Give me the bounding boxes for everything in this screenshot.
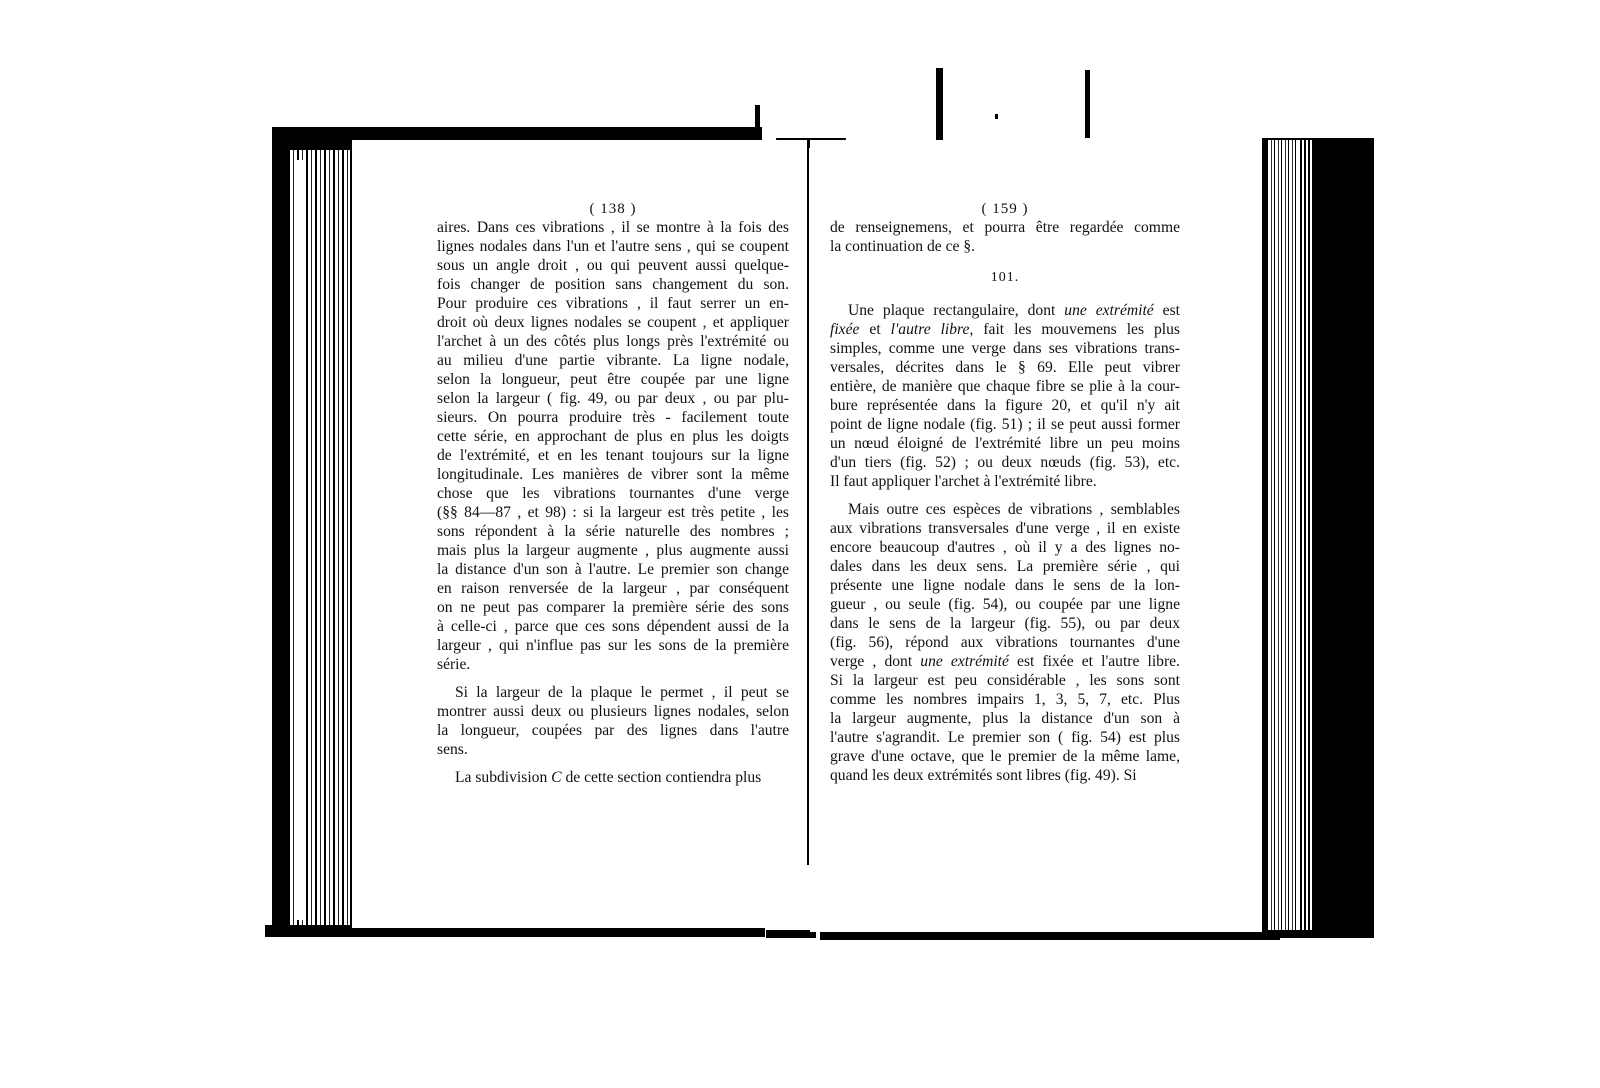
text-line: quand les deux extrémités sont libres (f… <box>830 766 1180 785</box>
text-line: de l'extrémité, et en les tenant toujour… <box>437 446 789 465</box>
page-number: ( 159 ) <box>830 200 1180 218</box>
text-line: un nœud éloigné de l'extrémité libre un … <box>830 434 1180 453</box>
text-line: longitudinale. Les manières de vibrer so… <box>437 465 789 484</box>
scan-debris-mark <box>936 68 943 148</box>
text-line: l'archet à un des côtés plus longs près … <box>437 332 789 351</box>
text-line: sieurs. On pourra produire très - facile… <box>437 408 789 427</box>
left-page: ( 138 ) aires. Dans ces vibrations , il … <box>352 140 807 928</box>
text-line: la continuation de ce §. <box>830 237 1180 256</box>
text-line: (fig. 56), répond aux vibrations tournan… <box>830 633 1180 652</box>
text-line: lignes nodales dans l'un et l'autre sens… <box>437 237 789 256</box>
text-line: à celle-ci , parce que ces sons dépenden… <box>437 617 789 636</box>
text-line: gueur , ou seule (fig. 54), ou coupée pa… <box>830 595 1180 614</box>
text-line: verge , dont une extrémité est fixée et … <box>830 652 1180 671</box>
scan-debris-mark <box>995 114 998 119</box>
text-line: fixée et l'autre libre, fait les mouveme… <box>830 320 1180 339</box>
text-line: grave d'une octave, que le premier de la… <box>830 747 1180 766</box>
text-line: droit où deux lignes nodales se coupent … <box>437 313 789 332</box>
continuation-paragraph: de renseignemens, et pourra être regardé… <box>830 218 1180 256</box>
page-edges-left <box>290 150 350 925</box>
text-line: selon la longueur, peut être coupée par … <box>437 370 789 389</box>
text-line: en raison renversée de la largeur , par … <box>437 579 789 598</box>
right-page-body: Une plaque rectangulaire, dont une extré… <box>830 301 1180 785</box>
text-line: l'autre s'agrandit. Le premier son ( fig… <box>830 728 1180 747</box>
text-line: La subdivision C de cette section contie… <box>437 768 789 787</box>
text-line: selon la largeur ( fig. 49, ou par deux … <box>437 389 789 408</box>
text-line: sens. <box>437 740 789 759</box>
text-line: dans le sens de la largeur (fig. 55), ou… <box>830 614 1180 633</box>
text-line: Pour produire ces vibrations , il faut s… <box>437 294 789 313</box>
text-line: présente une ligne nodale dans le sens d… <box>830 576 1180 595</box>
text-line: fois changer de position sans changement… <box>437 275 789 294</box>
text-line: la distance d'un son à l'autre. Le premi… <box>437 560 789 579</box>
text-line: Il faut appliquer l'archet à l'extrémité… <box>830 472 1180 491</box>
right-page-content: ( 159 ) de renseignemens, et pourra être… <box>830 200 1180 785</box>
scan-debris-mark <box>1085 70 1090 138</box>
text-line: cette série, en approchant de plus en pl… <box>437 427 789 446</box>
text-line: versales, décrites dans le § 69. Elle pe… <box>830 358 1180 377</box>
text-line: sons répondent à la série naturelle des … <box>437 522 789 541</box>
paragraph: Une plaque rectangulaire, dont une extré… <box>830 301 1180 491</box>
text-line: on ne peut pas comparer la première séri… <box>437 598 789 617</box>
scan-debris-mark <box>755 105 760 145</box>
left-page-body: aires. Dans ces vibrations , il se montr… <box>437 218 789 787</box>
page-edges-right-inner <box>1298 140 1312 930</box>
page-edges-right <box>1268 140 1298 930</box>
text-line: (§§ 84—87 , et 98) : si la largeur est t… <box>437 503 789 522</box>
text-line: comme les nombres impairs 1, 3, 5, 7, et… <box>830 690 1180 709</box>
text-line: montrer aussi deux ou plusieurs lignes n… <box>437 702 789 721</box>
text-line: aux vibrations transversales d'une verge… <box>830 519 1180 538</box>
book-bottom-edge-spine <box>766 930 816 938</box>
text-line: mais plus la largeur augmente , plus aug… <box>437 541 789 560</box>
paragraph: La subdivision C de cette section contie… <box>437 768 789 787</box>
text-line: largeur , qui n'influe pas sur les sons … <box>437 636 789 655</box>
paragraph: aires. Dans ces vibrations , il se montr… <box>437 218 789 674</box>
text-line: de renseignemens, et pourra être regardé… <box>830 218 1180 237</box>
text-line: d'un tiers (fig. 52) ; ou deux nœuds (fi… <box>830 453 1180 472</box>
text-line: Si la largeur est peu considérable , les… <box>830 671 1180 690</box>
text-line: simples, comme une verge dans ses vibrat… <box>830 339 1180 358</box>
text-line: Mais outre ces espèces de vibrations , s… <box>830 500 1180 519</box>
text-line: chose que les vibrations tournantes d'un… <box>437 484 789 503</box>
right-page: ( 159 ) de renseignemens, et pourra être… <box>810 140 1262 932</box>
text-line: bure représentée dans la figure 20, et q… <box>830 396 1180 415</box>
text-line: entière, de manière que chaque fibre se … <box>830 377 1180 396</box>
section-heading: 101. <box>830 268 1180 287</box>
text-line: Une plaque rectangulaire, dont une extré… <box>830 301 1180 320</box>
text-line: dales dans les deux sens. La première sé… <box>830 557 1180 576</box>
text-line: au milieu d'une partie vibrante. La lign… <box>437 351 789 370</box>
book-gutter <box>807 145 809 865</box>
text-line: encore beaucoup d'autres , où il y a des… <box>830 538 1180 557</box>
paragraph: Mais outre ces espèces de vibrations , s… <box>830 500 1180 785</box>
text-line: point de ligne nodale (fig. 51) ; il se … <box>830 415 1180 434</box>
left-page-content: ( 138 ) aires. Dans ces vibrations , il … <box>437 200 789 787</box>
text-line: Si la largeur de la plaque le permet , i… <box>437 683 789 702</box>
paragraph: Si la largeur de la plaque le permet , i… <box>437 683 789 759</box>
text-line: la largeur augmente, plus la distance d'… <box>830 709 1180 728</box>
text-line: sous un angle droit , ou qui peuvent aus… <box>437 256 789 275</box>
text-line: la longueur, coupées par des lignes dans… <box>437 721 789 740</box>
page-number: ( 138 ) <box>437 200 789 218</box>
text-line: aires. Dans ces vibrations , il se montr… <box>437 218 789 237</box>
text-line: série. <box>437 655 789 674</box>
